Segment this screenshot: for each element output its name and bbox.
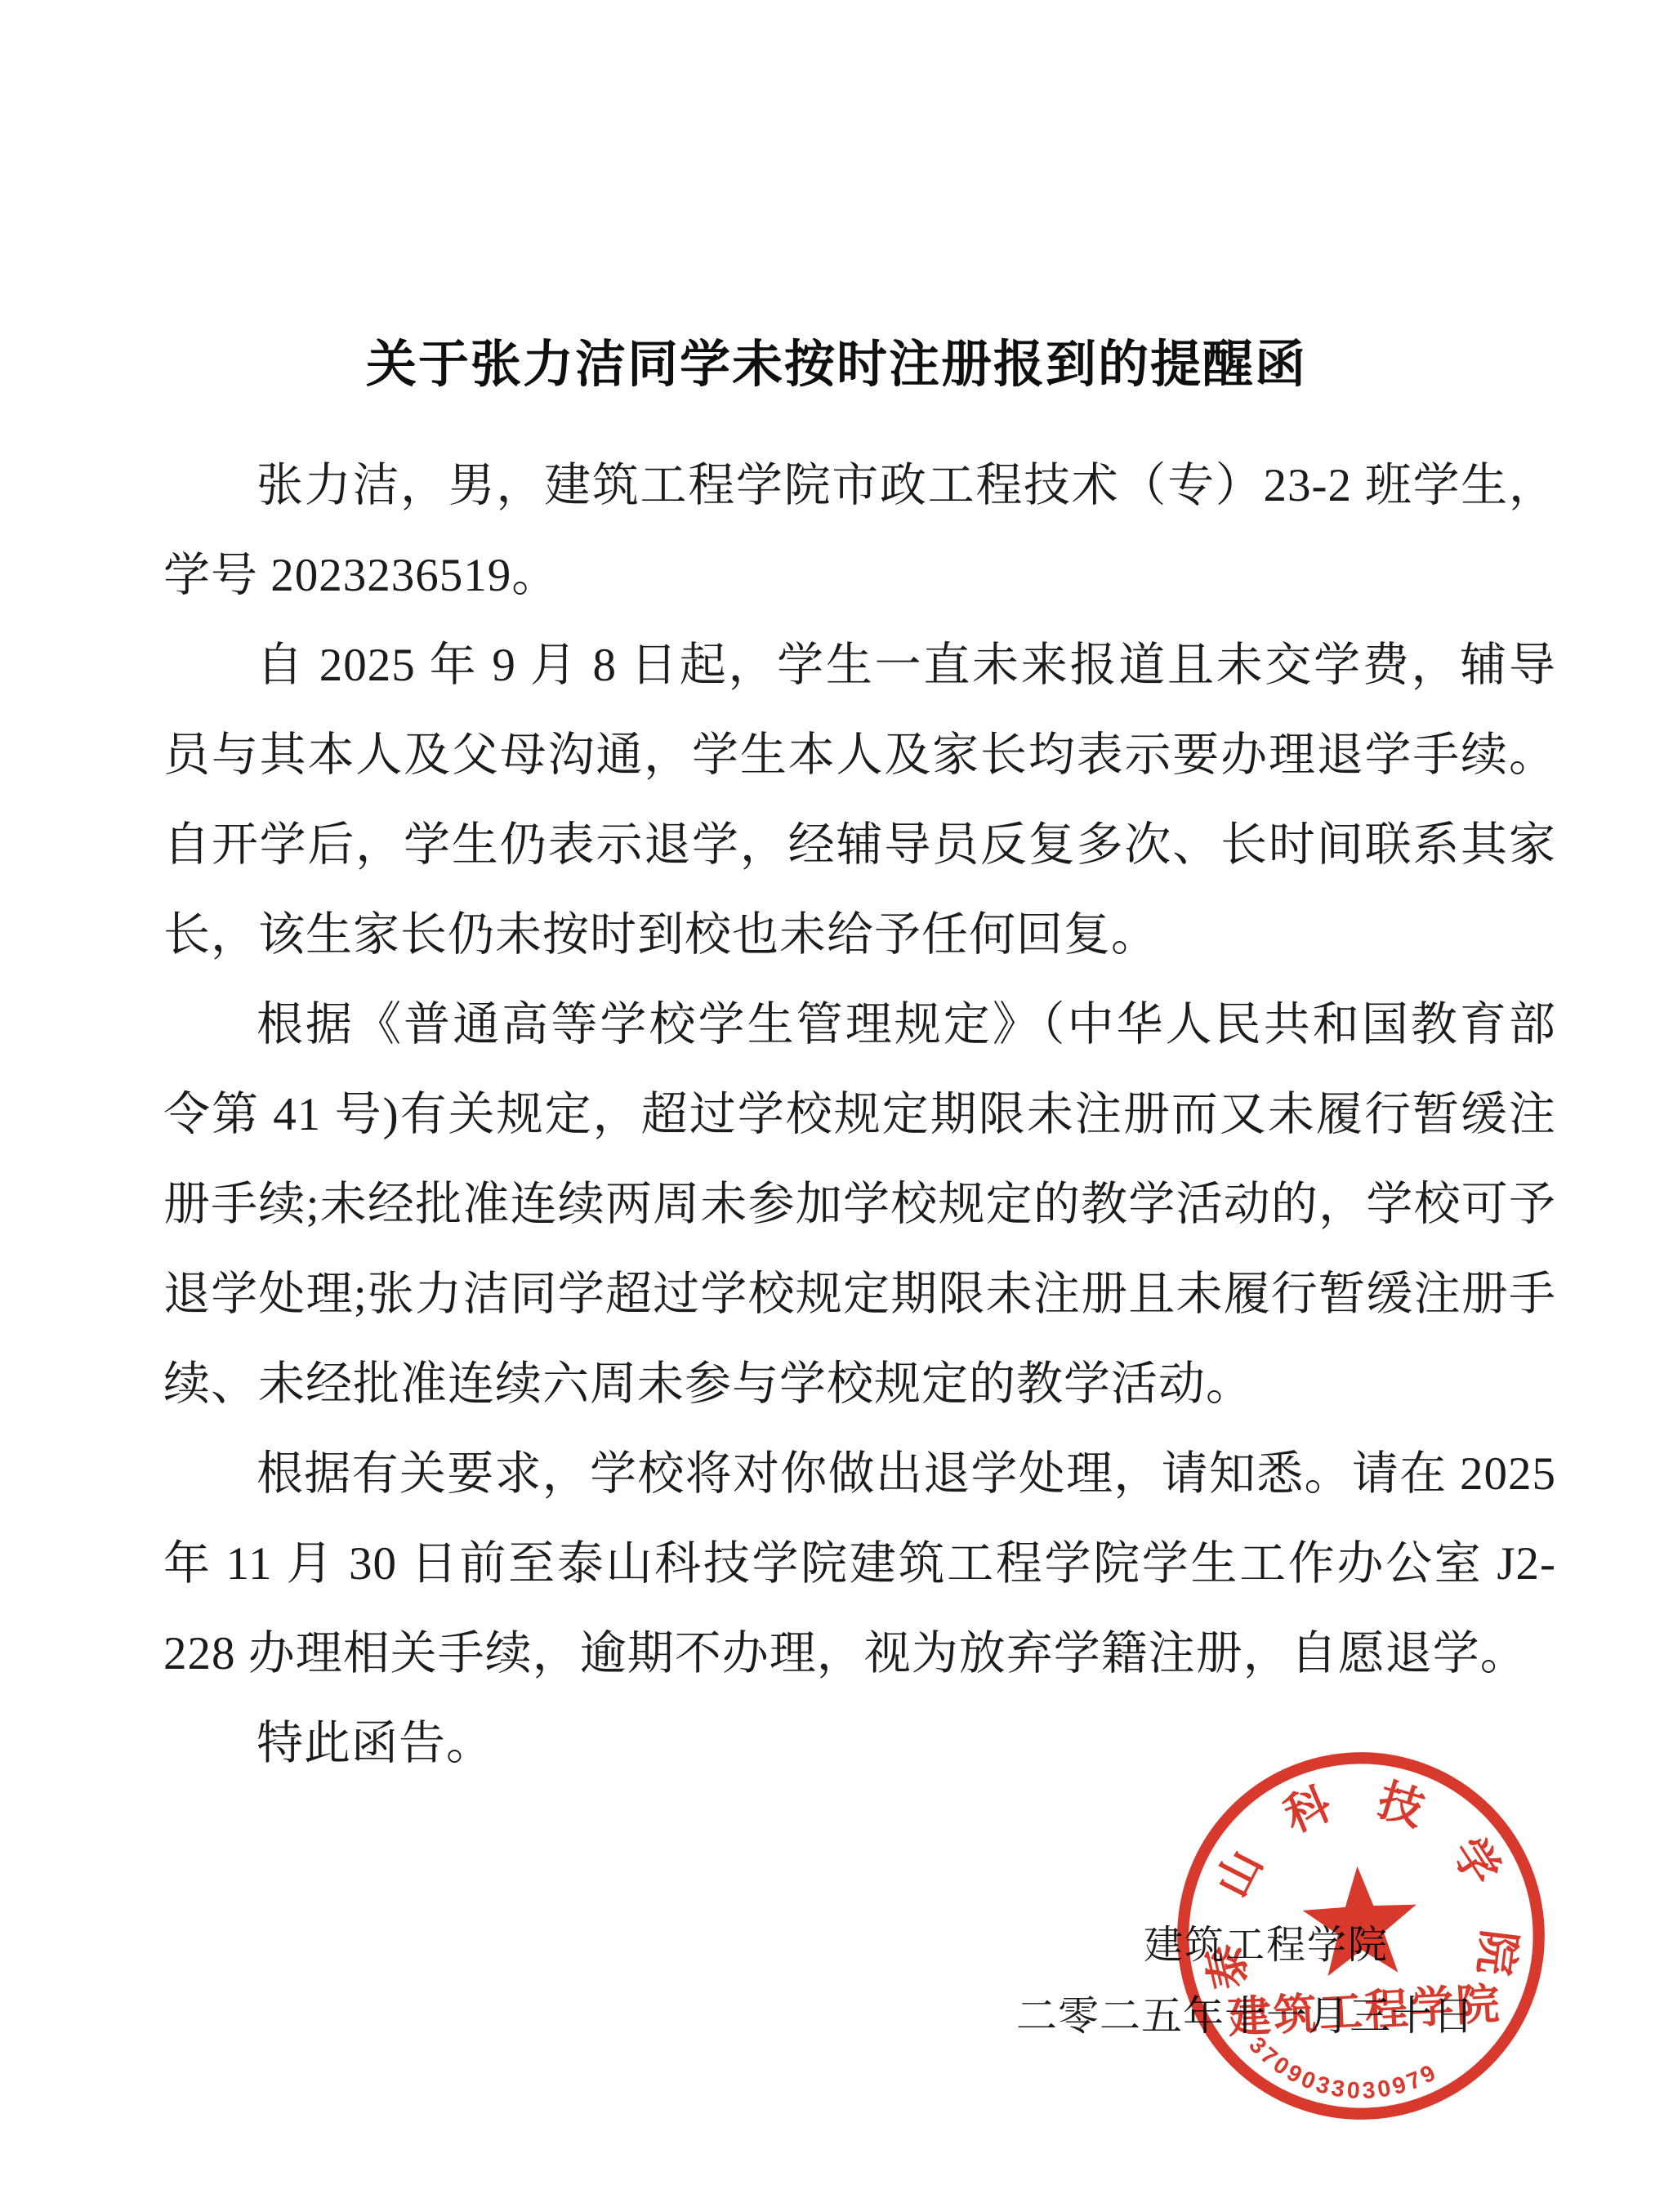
letter-page: 关于张力洁同学未按时注册报到的提醒函 张力洁，男，建筑工程学院市政工程技术（专）… — [0, 0, 1673, 2212]
seal-arc-char: 技 — [1372, 1774, 1430, 1835]
paragraph-requirement: 根据有关要求，学校将对你做出退学处理，请知悉。请在 2025 年 11 月 30… — [163, 1429, 1556, 1699]
star-icon — [1300, 1863, 1420, 1978]
seal-arc-char: 泰 — [1198, 1939, 1257, 1995]
official-seal: 泰 山 科 技 学 院 建筑工程学院 3709033030979 — [1160, 1735, 1562, 2137]
paragraph-regulation: 根据《普通高等学校学生管理规定》（中华人民共和国教育部令第 41 号)有关规定，… — [163, 980, 1556, 1429]
seal-arc-char: 科 — [1277, 1777, 1338, 1842]
seal-arc-char: 院 — [1470, 1927, 1525, 1978]
letter-body: 张力洁，男，建筑工程学院市政工程技术（专）23-2 班学生，学号 2023236… — [163, 441, 1556, 1789]
seal-arc-char: 学 — [1443, 1829, 1510, 1894]
seal-center-text: 建筑工程学院 — [1227, 1980, 1503, 2042]
paragraph-student-info: 张力洁，男，建筑工程学院市政工程技术（专）23-2 班学生，学号 2023236… — [163, 441, 1556, 621]
seal-arc-char: 山 — [1206, 1842, 1271, 1905]
letter-title: 关于张力洁同学未按时注册报到的提醒函 — [0, 0, 1673, 396]
paragraph-situation: 自 2025 年 9 月 8 日起，学生一直未来报道且未交学费，辅导员与其本人及… — [163, 621, 1556, 980]
